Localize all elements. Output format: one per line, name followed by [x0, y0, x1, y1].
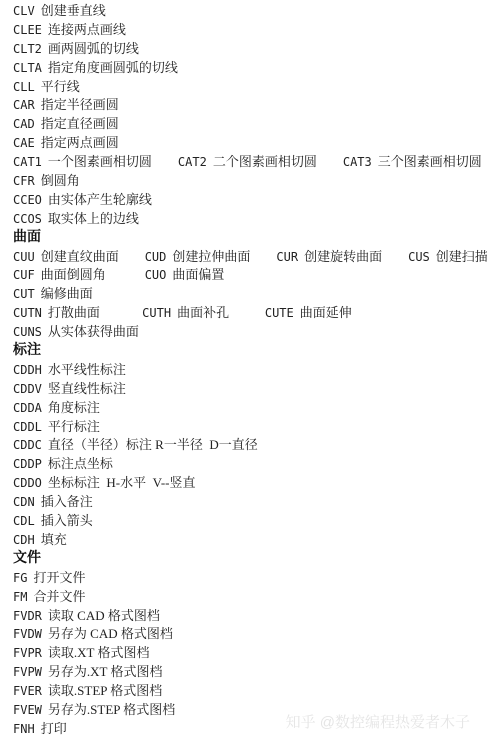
command-desc: 平行线: [41, 79, 80, 94]
command-row: FG打开文件: [13, 569, 487, 588]
command-code: CDDH: [13, 363, 42, 377]
command-code: CAE: [13, 136, 35, 150]
command-desc: 读取 CAD 格式图档: [48, 608, 160, 623]
command-desc: 从实体获得曲面: [48, 324, 139, 339]
command-list: CLV创建垂直线CLEE连接两点画线CLT2画两圆弧的切线CLTA指定角度画圆弧…: [0, 0, 487, 739]
command-row: CCOS取实体上的边线: [13, 210, 487, 229]
command-row: FVER读取.STEP 格式图档: [13, 682, 487, 701]
command-code: FM: [13, 590, 27, 604]
command-code: CUR: [276, 250, 298, 264]
command-desc: 倒圆角: [41, 173, 80, 188]
command-row: CAR指定半径画圆: [13, 96, 487, 115]
command-desc: 另存为.XT 格式图档: [48, 664, 163, 679]
command-desc: 另存为.STEP 格式图档: [48, 702, 175, 717]
command-desc: 创建垂直线: [41, 3, 106, 18]
command-code: CCEO: [13, 193, 42, 207]
section-header: 标注: [13, 342, 487, 361]
command-row: FVPR读取.XT 格式图档: [13, 644, 487, 663]
command-code: CAT2: [178, 155, 207, 169]
command-desc: 水平线性标注: [48, 362, 126, 377]
section-header: 曲面: [13, 229, 487, 248]
command-row: CDN插入备注: [13, 493, 487, 512]
command-code: CDDL: [13, 420, 42, 434]
command-code: CDN: [13, 495, 35, 509]
command-desc: 一个图素画相切圆: [48, 154, 152, 169]
command-code: CDDC: [13, 438, 42, 452]
command-code: CUTN: [13, 306, 42, 320]
command-desc: 平行标注: [48, 419, 100, 434]
command-desc: 二个图素画相切圆: [213, 154, 317, 169]
command-code: CUU: [13, 250, 35, 264]
command-code: FVEW: [13, 703, 42, 717]
command-row: CUTN打散曲面 CUTH曲面补孔 CUTE曲面延伸: [13, 304, 487, 323]
command-row: CAE指定两点画圆: [13, 134, 487, 153]
command-desc: 取实体上的边线: [48, 211, 139, 226]
command-code: CUS: [408, 250, 430, 264]
command-code: FVDR: [13, 609, 42, 623]
command-desc: 创建旋转曲面: [304, 249, 382, 264]
command-desc: 曲面延伸: [300, 305, 352, 320]
command-desc: 由实体产生轮廓线: [48, 192, 152, 207]
command-row: CUF曲面倒圆角 CUO曲面偏置: [13, 266, 487, 285]
command-desc: 创建拉伸曲面: [172, 249, 250, 264]
command-desc: 合并文件: [33, 589, 85, 604]
command-row: FVDR读取 CAD 格式图档: [13, 607, 487, 626]
command-row: CUNS从实体获得曲面: [13, 323, 487, 342]
command-row: CDDL平行标注: [13, 418, 487, 437]
command-code: CUF: [13, 268, 35, 282]
command-code: FVPR: [13, 646, 42, 660]
command-desc: 标注点坐标: [48, 456, 113, 471]
command-row: CUU创建直纹曲面CUD创建拉伸曲面CUR创建旋转曲面CUS创建扫描曲面: [13, 248, 487, 267]
command-code: FVER: [13, 684, 42, 698]
command-code: FVPW: [13, 665, 42, 679]
command-code: CUNS: [13, 325, 42, 339]
command-code: CUTE: [265, 306, 294, 320]
command-desc: 连接两点画线: [48, 22, 126, 37]
command-row: CDDA角度标注: [13, 399, 487, 418]
command-desc: 创建直纹曲面: [41, 249, 119, 264]
command-row: CDDC直径（半径）标注 R一半径 D一直径: [13, 436, 487, 455]
command-code: CUTH: [142, 306, 171, 320]
command-code: CLL: [13, 80, 35, 94]
command-code: CAT3: [343, 155, 372, 169]
command-row: CAD指定直径画圆: [13, 115, 487, 134]
command-code: FVDW: [13, 627, 42, 641]
command-code: CLTA: [13, 61, 42, 75]
command-row: CDH填充: [13, 531, 487, 550]
command-code: FNH: [13, 722, 35, 736]
command-row: CFR倒圆角: [13, 172, 487, 191]
command-code: CDDO: [13, 476, 42, 490]
command-row: CCEO由实体产生轮廓线: [13, 191, 487, 210]
command-row: CLL平行线: [13, 78, 487, 97]
command-code: CLT2: [13, 42, 42, 56]
command-desc: 打开文件: [33, 570, 85, 585]
command-row: CDDH水平线性标注: [13, 361, 487, 380]
command-code: CDL: [13, 514, 35, 528]
command-desc: 插入箭头: [41, 513, 93, 528]
command-desc: 指定角度画圆弧的切线: [48, 60, 178, 75]
command-desc: 打散曲面: [48, 305, 116, 320]
command-code: CAT1: [13, 155, 42, 169]
command-row: CAT1一个图素画相切圆CAT2二个图素画相切圆CAT3三个图素画相切圆: [13, 153, 487, 172]
command-desc: 指定直径画圆: [41, 116, 119, 131]
command-desc: 编修曲面: [41, 286, 93, 301]
command-code: CDDP: [13, 457, 42, 471]
command-code: CDDA: [13, 401, 42, 415]
command-desc: 曲面倒圆角: [41, 267, 119, 282]
command-desc: 直径（半径）标注 R一半径 D一直径: [48, 437, 258, 452]
command-desc: 曲面补孔: [177, 305, 239, 320]
command-code: CAR: [13, 98, 35, 112]
command-code: CDH: [13, 533, 35, 547]
command-code: FG: [13, 571, 27, 585]
command-row: CDDP标注点坐标: [13, 455, 487, 474]
command-code: CAD: [13, 117, 35, 131]
command-row: CLV创建垂直线: [13, 2, 487, 21]
command-row: CDL插入箭头: [13, 512, 487, 531]
command-desc: 填充: [41, 532, 67, 547]
command-desc: 指定半径画圆: [41, 97, 119, 112]
command-desc: 曲面偏置: [172, 267, 224, 282]
command-desc: 竖直线性标注: [48, 381, 126, 396]
command-row: CLT2画两圆弧的切线: [13, 40, 487, 59]
command-code: CDDV: [13, 382, 42, 396]
section-header: 文件: [13, 550, 487, 569]
command-code: CCOS: [13, 212, 42, 226]
command-code: CLEE: [13, 23, 42, 37]
command-row: CLEE连接两点画线: [13, 21, 487, 40]
command-desc: 创建扫描曲面: [436, 249, 487, 264]
command-desc: 三个图素画相切圆: [378, 154, 482, 169]
command-desc: 角度标注: [48, 400, 100, 415]
command-desc: 插入备注: [41, 494, 93, 509]
command-row: FM合并文件: [13, 588, 487, 607]
command-desc: 坐标标注 H-水平 V--竖直: [48, 475, 196, 490]
command-desc: 指定两点画圆: [41, 135, 119, 150]
command-row: CUT编修曲面: [13, 285, 487, 304]
command-desc: 读取.STEP 格式图档: [48, 683, 162, 698]
command-row: CDDV竖直线性标注: [13, 380, 487, 399]
command-desc: 画两圆弧的切线: [48, 41, 139, 56]
command-code: CLV: [13, 4, 35, 18]
command-row: CDDO坐标标注 H-水平 V--竖直: [13, 474, 487, 493]
command-desc: 另存为 CAD 格式图档: [48, 626, 173, 641]
command-code: CUD: [145, 250, 167, 264]
command-row: CLTA指定角度画圆弧的切线: [13, 59, 487, 78]
command-code: CUO: [145, 268, 167, 282]
command-desc: 读取.XT 格式图档: [48, 645, 150, 660]
command-code: CFR: [13, 174, 35, 188]
command-row: FVDW另存为 CAD 格式图档: [13, 625, 487, 644]
zhihu-watermark: 知乎 @数控编程热爱者木子: [286, 711, 470, 732]
command-code: CUT: [13, 287, 35, 301]
command-row: FVPW另存为.XT 格式图档: [13, 663, 487, 682]
command-desc: 打印: [41, 721, 67, 736]
